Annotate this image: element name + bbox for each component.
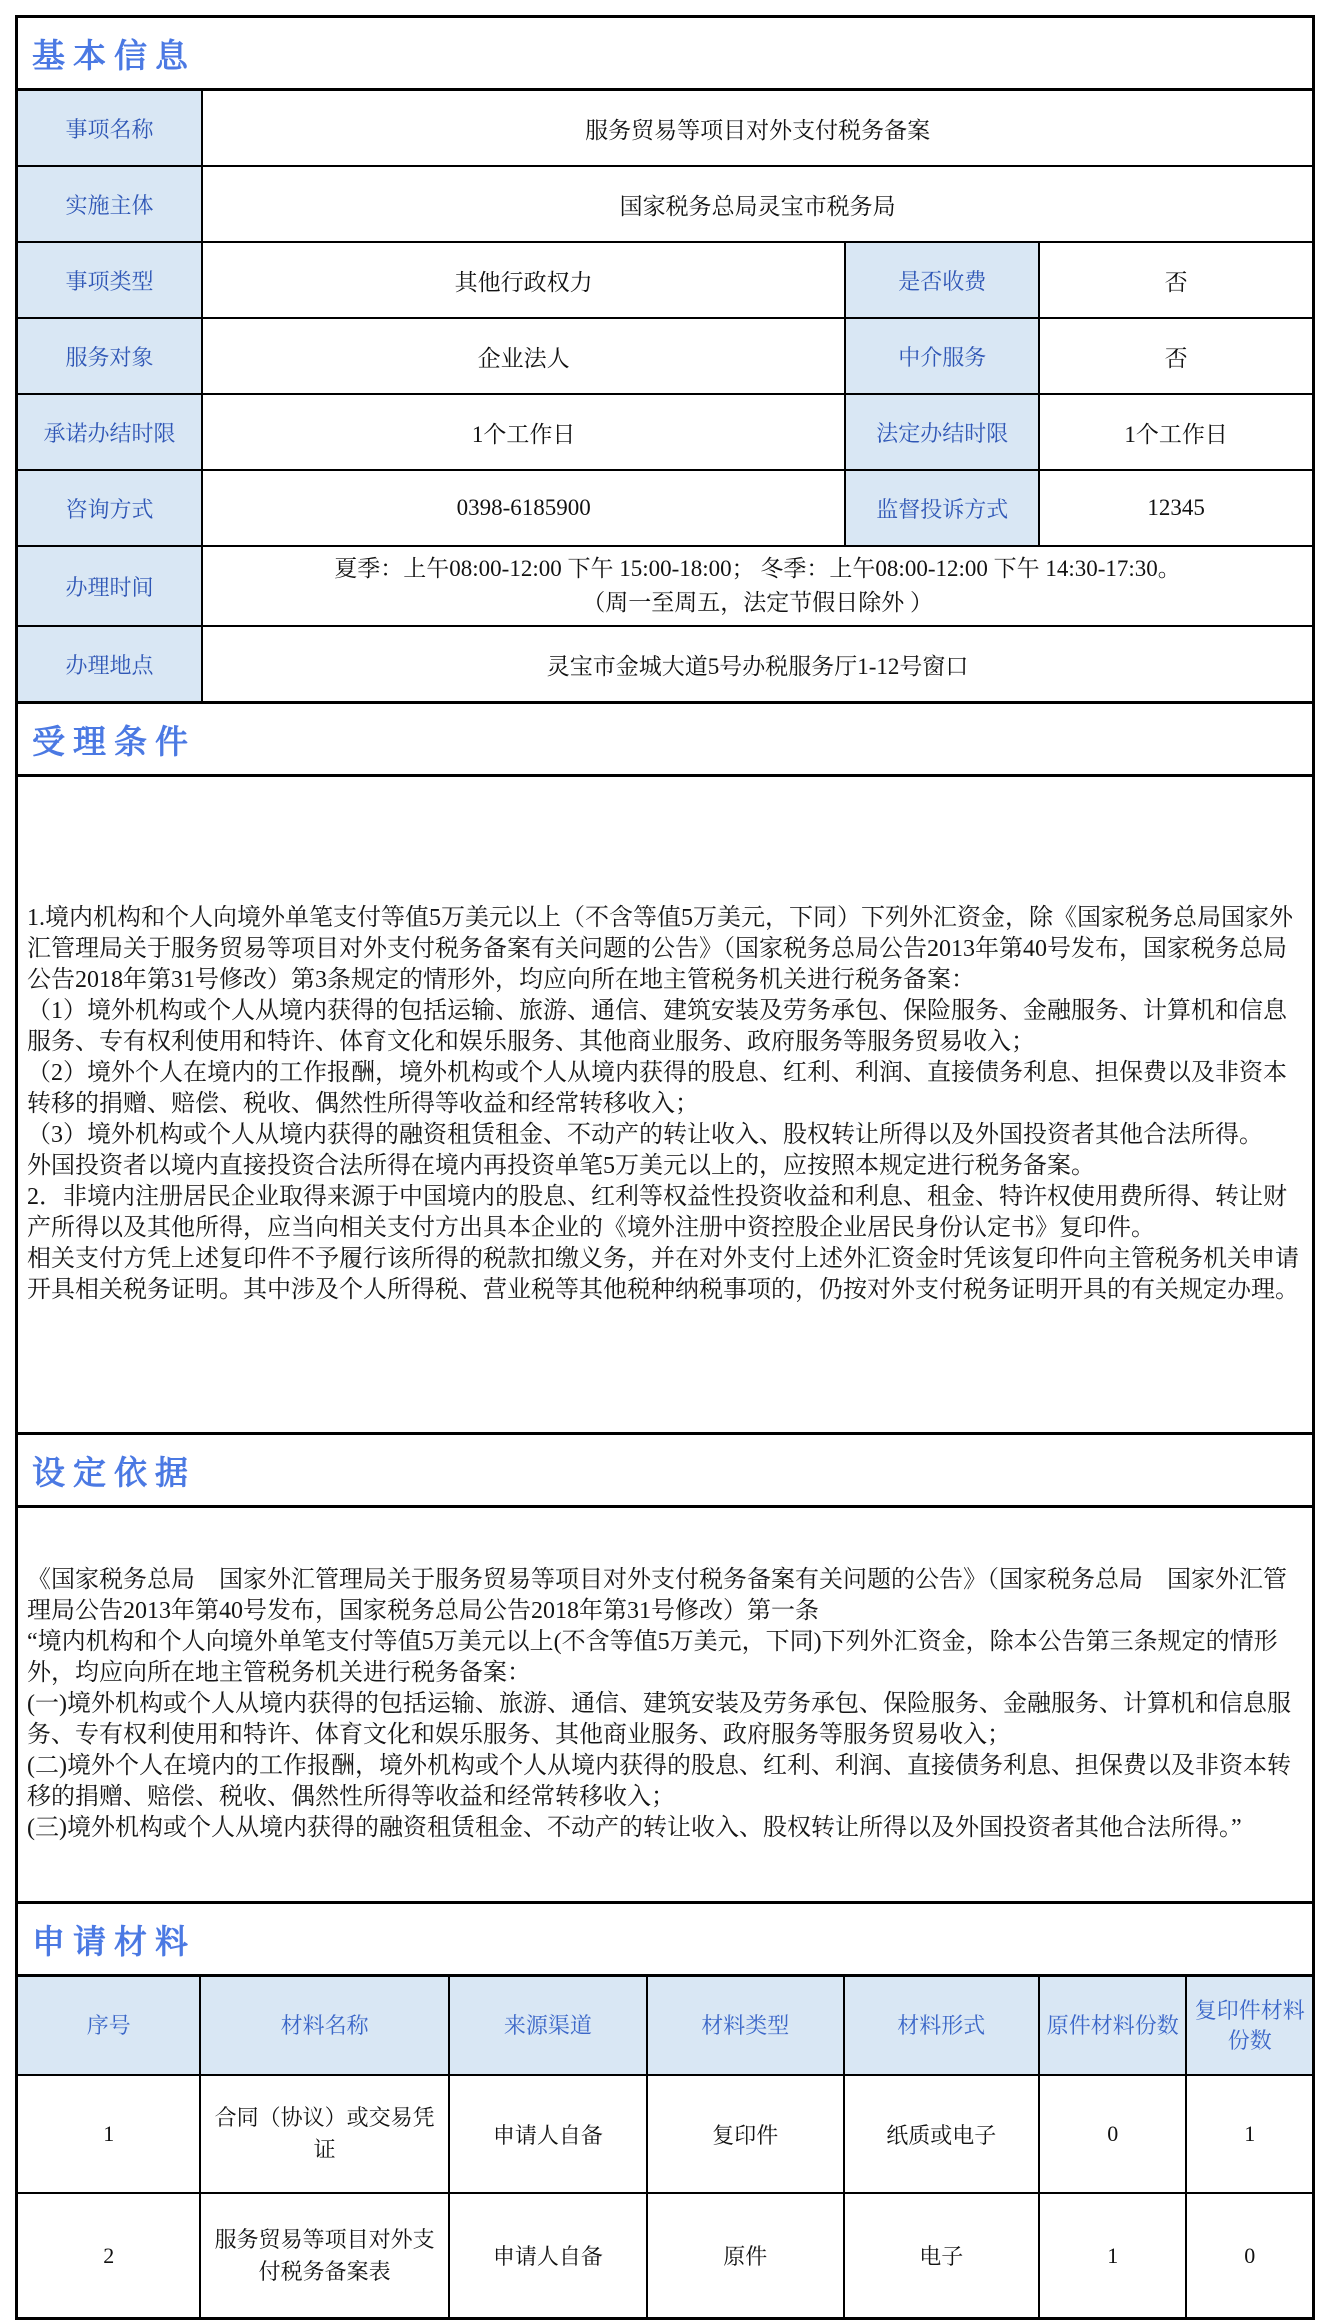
- column-header: 材料类型: [647, 1977, 844, 2075]
- paragraph: （1）境外机构或个人从境内获得的包括运输、旅游、通信、建筑安装及劳务承包、保险服…: [27, 996, 1303, 1058]
- material-form: 电子: [844, 2193, 1039, 2317]
- section-title-text: 申请材料: [32, 1916, 196, 1963]
- table-row: 实施主体 国家税务总局灵宝市税务局: [18, 166, 1312, 242]
- table-row: 2 服务贸易等项目对外支付税务备案表 申请人自备 原件 电子 1 0: [18, 2193, 1312, 2317]
- field-value: 否: [1039, 318, 1312, 394]
- material-type: 复印件: [647, 2075, 844, 2193]
- field-value: 企业法人: [202, 318, 845, 394]
- field-label: 办理时间: [18, 546, 202, 626]
- field-label: 办理地点: [18, 626, 202, 701]
- table-row: 办理地点 灵宝市金城大道5号办税服务厅1-12号窗口: [18, 626, 1312, 701]
- page: 基本信息 事项名称 服务贸易等项目对外支付税务备案 实施主体 国家税务总局灵宝市…: [0, 0, 1328, 2320]
- field-value: 其他行政权力: [202, 242, 845, 318]
- section-title-basic-info: 基本信息: [18, 18, 1312, 91]
- acceptance-conditions-text: 1.境内机构和个人向境外单笔支付等值5万美元以上（不含等值5万美元，下同）下列外…: [18, 777, 1312, 1432]
- field-value: 服务贸易等项目对外支付税务备案: [202, 91, 1312, 166]
- field-label: 实施主体: [18, 166, 202, 242]
- material-source: 申请人自备: [449, 2075, 647, 2193]
- material-originals-count: 0: [1039, 2075, 1187, 2193]
- field-value: 否: [1039, 242, 1312, 318]
- paragraph: (一)境外机构或个人从境内获得的包括运输、旅游、通信、建筑安装及劳务承包、保险服…: [27, 1689, 1303, 1751]
- field-label: 咨询方式: [18, 470, 202, 546]
- section-setting-basis: 设定依据 《国家税务总局 国家外汇管理局关于服务贸易等项目对外支付税务备案有关问…: [15, 1432, 1315, 1904]
- field-value: 1个工作日: [1039, 394, 1312, 470]
- material-originals-count: 1: [1039, 2193, 1187, 2317]
- table-row: 办理时间 夏季：上午08:00-12:00 下午 15:00-18:00； 冬季…: [18, 546, 1312, 626]
- field-label: 法定办结时限: [845, 394, 1039, 470]
- field-label: 中介服务: [845, 318, 1039, 394]
- table-row: 承诺办结时限 1个工作日 法定办结时限 1个工作日: [18, 394, 1312, 470]
- field-value: 国家税务总局灵宝市税务局: [202, 166, 1312, 242]
- material-source: 申请人自备: [449, 2193, 647, 2317]
- column-header: 来源渠道: [449, 1977, 647, 2075]
- office-hours-line-1: 夏季：上午08:00-12:00 下午 15:00-18:00； 冬季：上午08…: [209, 552, 1306, 586]
- paragraph: 1.境内机构和个人向境外单笔支付等值5万美元以上（不含等值5万美元，下同）下列外…: [27, 903, 1303, 996]
- paragraph: （3）境外机构或个人从境内获得的融资租赁租金、不动产的转让收入、股权转让所得以及…: [27, 1120, 1303, 1151]
- material-form: 纸质或电子: [844, 2075, 1039, 2193]
- section-title-text: 受理条件: [32, 716, 196, 763]
- paragraph: 外国投资者以境内直接投资合法所得在境内再投资单笔5万美元以上的，应按照本规定进行…: [27, 1151, 1303, 1182]
- field-value: 1个工作日: [202, 394, 845, 470]
- field-value: 夏季：上午08:00-12:00 下午 15:00-18:00； 冬季：上午08…: [202, 546, 1312, 626]
- materials-table: 序号 材料名称 来源渠道 材料类型 材料形式 原件材料份数 复印件材料份数 1 …: [18, 1977, 1312, 2317]
- material-name: 合同（协议）或交易凭证: [200, 2075, 448, 2193]
- table-row: 事项名称 服务贸易等项目对外支付税务备案: [18, 91, 1312, 166]
- section-basic-info: 基本信息 事项名称 服务贸易等项目对外支付税务备案 实施主体 国家税务总局灵宝市…: [15, 15, 1315, 704]
- field-label: 事项类型: [18, 242, 202, 318]
- material-copies-count: 1: [1186, 2075, 1312, 2193]
- paragraph: 相关支付方凭上述复印件不予履行该所得的税款扣缴义务，并在对外支付上述外汇资金时凭…: [27, 1244, 1303, 1306]
- basic-info-table: 事项名称 服务贸易等项目对外支付税务备案 实施主体 国家税务总局灵宝市税务局 事…: [18, 91, 1312, 701]
- material-copies-count: 0: [1186, 2193, 1312, 2317]
- material-no: 2: [18, 2193, 200, 2317]
- column-header: 序号: [18, 1977, 200, 2075]
- material-type: 原件: [647, 2193, 844, 2317]
- column-header: 材料名称: [200, 1977, 448, 2075]
- setting-basis-text: 《国家税务总局 国家外汇管理局关于服务贸易等项目对外支付税务备案有关问题的公告》…: [18, 1508, 1312, 1901]
- section-acceptance-conditions: 受理条件 1.境内机构和个人向境外单笔支付等值5万美元以上（不含等值5万美元，下…: [15, 701, 1315, 1435]
- table-row: 服务对象 企业法人 中介服务 否: [18, 318, 1312, 394]
- table-row: 事项类型 其他行政权力 是否收费 否: [18, 242, 1312, 318]
- column-header: 原件材料份数: [1039, 1977, 1187, 2075]
- table-row: 1 合同（协议）或交易凭证 申请人自备 复印件 纸质或电子 0 1: [18, 2075, 1312, 2193]
- paragraph: 《国家税务总局 国家外汇管理局关于服务贸易等项目对外支付税务备案有关问题的公告》…: [27, 1565, 1303, 1627]
- field-label: 服务对象: [18, 318, 202, 394]
- paragraph: (三)境外机构或个人从境内获得的融资租赁租金、不动产的转让收入、股权转让所得以及…: [27, 1813, 1303, 1844]
- section-title-basis: 设定依据: [18, 1435, 1312, 1508]
- section-title-text: 设定依据: [32, 1447, 196, 1494]
- section-application-materials: 申请材料 序号 材料名称 来源渠道 材料类型 材料形式 原件材料份数 复印件材料…: [15, 1901, 1315, 2320]
- column-header: 复印件材料份数: [1186, 1977, 1312, 2075]
- field-value: 12345: [1039, 470, 1312, 546]
- material-no: 1: [18, 2075, 200, 2193]
- field-label: 是否收费: [845, 242, 1039, 318]
- paragraph: 2．非境内注册居民企业取得来源于中国境内的股息、红利等权益性投资收益和利息、租金…: [27, 1182, 1303, 1244]
- office-hours-line-2: （周一至周五，法定节假日除外 ）: [209, 586, 1306, 620]
- material-name: 服务贸易等项目对外支付税务备案表: [200, 2193, 448, 2317]
- table-row: 咨询方式 0398-6185900 监督投诉方式 12345: [18, 470, 1312, 546]
- field-value: 灵宝市金城大道5号办税服务厅1-12号窗口: [202, 626, 1312, 701]
- paragraph: （2）境外个人在境内的工作报酬，境外机构或个人从境内获得的股息、红利、利润、直接…: [27, 1058, 1303, 1120]
- field-label: 承诺办结时限: [18, 394, 202, 470]
- section-title-materials: 申请材料: [18, 1904, 1312, 1977]
- column-header: 材料形式: [844, 1977, 1039, 2075]
- paragraph: “境内机构和个人向境外单笔支付等值5万美元以上(不含等值5万美元，下同)下列外汇…: [27, 1627, 1303, 1689]
- materials-header-row: 序号 材料名称 来源渠道 材料类型 材料形式 原件材料份数 复印件材料份数: [18, 1977, 1312, 2075]
- section-title-text: 基本信息: [32, 30, 196, 77]
- field-label: 监督投诉方式: [845, 470, 1039, 546]
- paragraph: (二)境外个人在境内的工作报酬，境外机构或个人从境内获得的股息、红利、利润、直接…: [27, 1751, 1303, 1813]
- field-value: 0398-6185900: [202, 470, 845, 546]
- field-label: 事项名称: [18, 91, 202, 166]
- section-title-acceptance: 受理条件: [18, 704, 1312, 777]
